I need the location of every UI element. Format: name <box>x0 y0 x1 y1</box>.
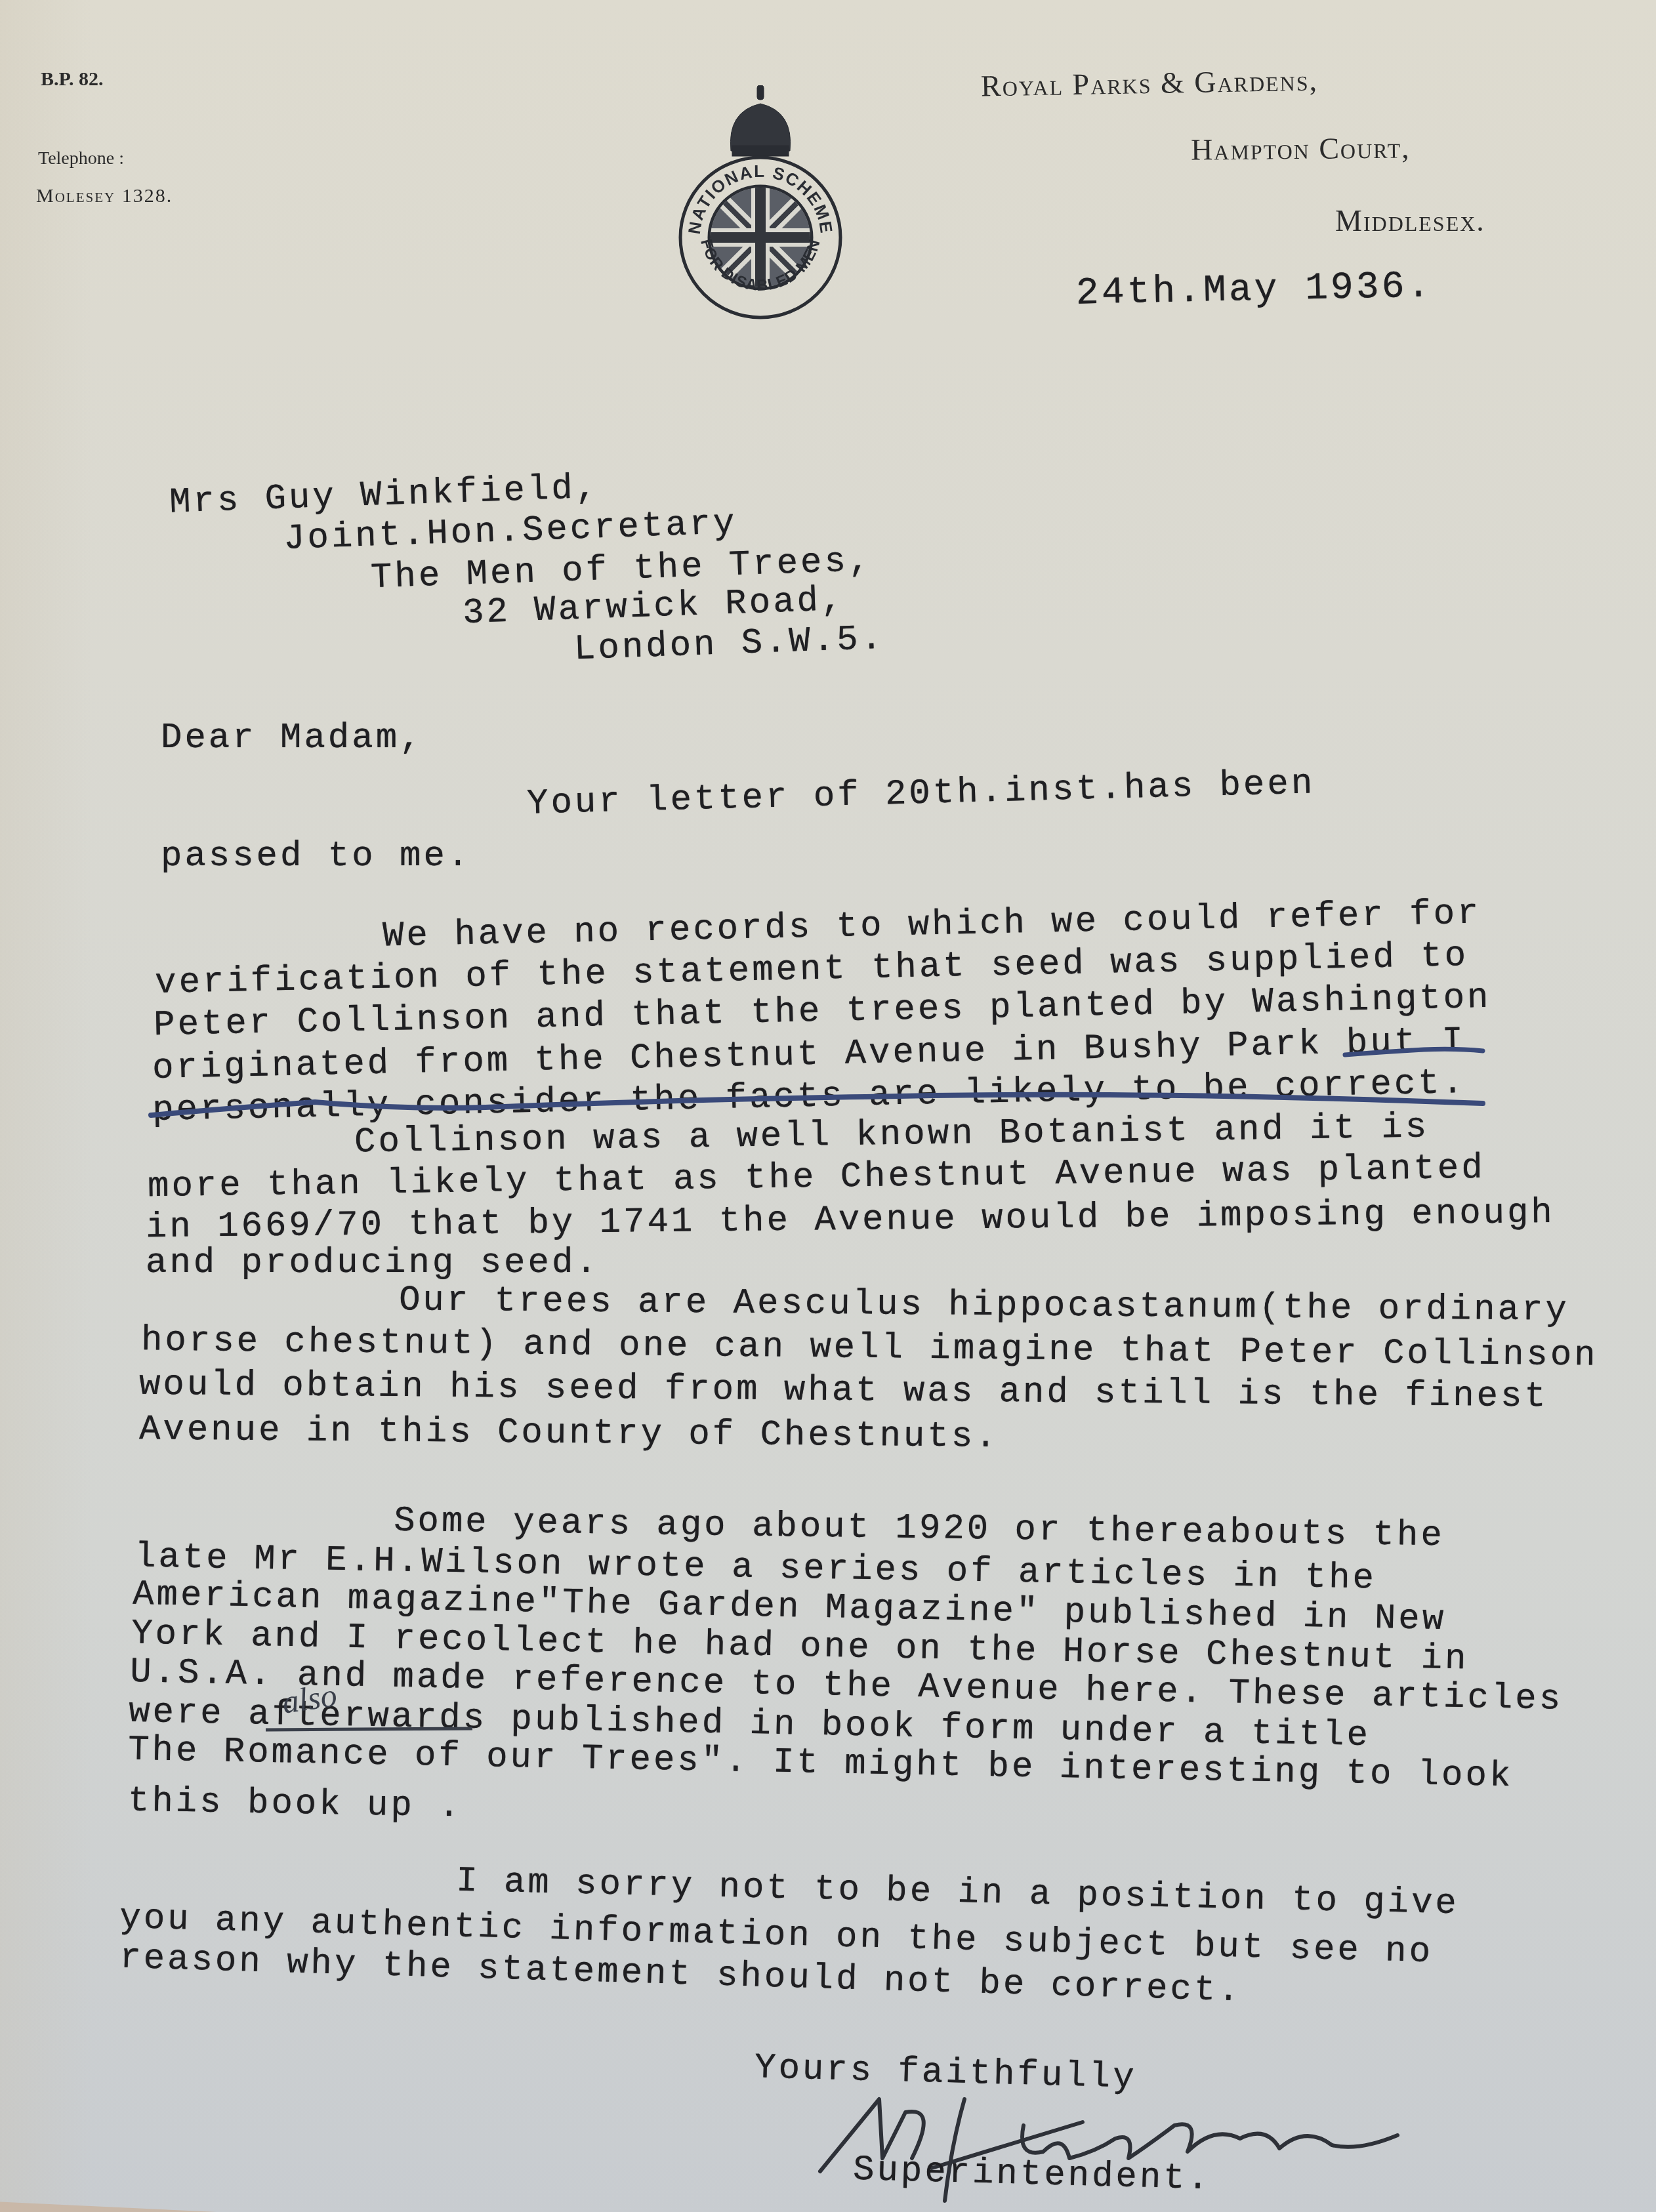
org-name: Royal Parks & Gardens, <box>981 63 1319 104</box>
strikethrough-mark <box>262 1722 479 1735</box>
org-county: Middlesex. <box>1335 203 1485 238</box>
letter-reference: B.P. 82. <box>41 68 104 91</box>
body-p4-line4: Avenue in this Country of Chestnuts. <box>139 1410 999 1457</box>
telephone-number: Molesey 1328. <box>36 185 173 207</box>
crown-union-jack-emblem-icon: NATIONAL SCHEME FOR DISABLED MEN <box>676 85 853 321</box>
org-location: Hampton Court, <box>1191 131 1411 167</box>
letter-date: 24th.May 1936. <box>1075 265 1433 315</box>
telephone-label: Telephone : <box>38 148 124 169</box>
body-p3-line4: and producing seed. <box>146 1243 600 1283</box>
body-p1-line2: passed to me. <box>161 836 471 876</box>
salutation: Dear Madam, <box>161 718 423 758</box>
body-p5-line8: this book up . <box>128 1782 463 1828</box>
handwritten-correction: also <box>279 1675 339 1721</box>
